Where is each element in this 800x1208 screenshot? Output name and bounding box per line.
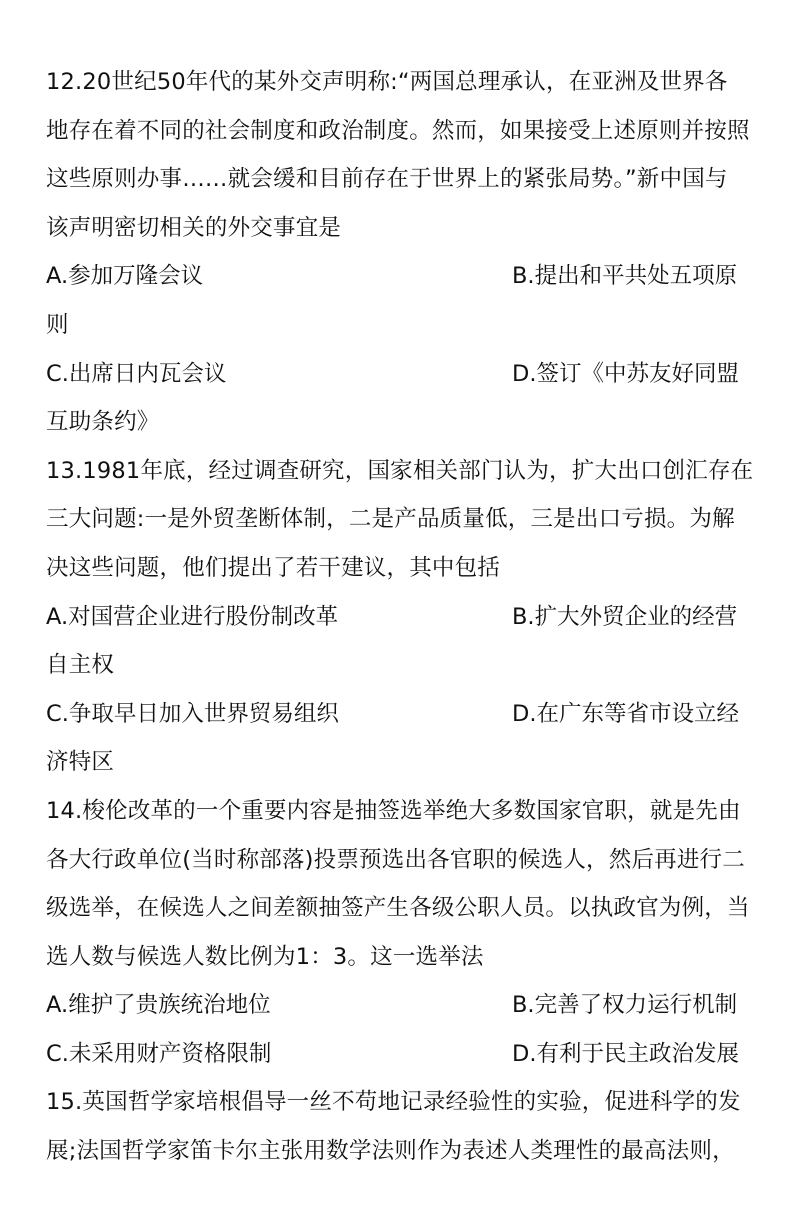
question-stem-line: 选人数与候选人数比例为1：3。这一选举法: [46, 933, 766, 982]
option-b: B.提出和平共处五项原: [512, 252, 737, 301]
option-row: A.参加万隆会议 B.提出和平共处五项原: [46, 252, 766, 301]
option-a: A.参加万隆会议: [46, 252, 203, 301]
option-d: D.在广东等省市设立经: [512, 690, 739, 739]
option-b-wrap: 自主权: [46, 641, 766, 690]
option-b: B.完善了权力运行机制: [512, 981, 737, 1030]
option-a: A.维护了贵族统治地位: [46, 981, 271, 1030]
option-c: C.未采用财产资格限制: [46, 1030, 271, 1079]
option-b: B.扩大外贸企业的经营: [512, 593, 737, 642]
question-stem-line: 展;法国哲学家笛卡尔主张用数学法则作为表述人类理性的最高法则，: [46, 1127, 766, 1176]
exam-page: 12.20世纪50年代的某外交声明称:“两国总理承认，在亚洲及世界各 地存在着不…: [46, 58, 766, 1176]
option-row: A.对国营企业进行股份制改革 B.扩大外贸企业的经营: [46, 593, 766, 642]
question-12: 12.20世纪50年代的某外交声明称:“两国总理承认，在亚洲及世界各 地存在着不…: [46, 58, 766, 447]
question-stem-line: 三大问题:一是外贸垄断体制，二是产品质量低，三是出口亏损。为解: [46, 495, 766, 544]
question-stem-line: 15.英国哲学家培根倡导一丝不苟地记录经验性的实验，促进科学的发: [46, 1078, 766, 1127]
option-d: D.签订《中苏友好同盟: [512, 350, 739, 399]
option-d: D.有利于民主政治发展: [512, 1030, 739, 1079]
question-stem-line: 12.20世纪50年代的某外交声明称:“两国总理承认，在亚洲及世界各: [46, 58, 766, 107]
question-stem-line: 各大行政单位(当时称部落)投票预选出各官职的候选人，然后再进行二: [46, 836, 766, 885]
question-stem-line: 这些原则办事……就会缓和目前存在于世界上的紧张局势。”新中国与: [46, 155, 766, 204]
question-stem-line: 决这些问题，他们提出了若干建议，其中包括: [46, 544, 766, 593]
option-row: C.未采用财产资格限制 D.有利于民主政治发展: [46, 1030, 766, 1079]
option-c: C.出席日内瓦会议: [46, 350, 226, 399]
question-14: 14.梭伦改革的一个重要内容是抽签选举绝大多数国家官职，就是先由 各大行政单位(…: [46, 787, 766, 1079]
option-row: C.出席日内瓦会议 D.签订《中苏友好同盟: [46, 350, 766, 399]
question-stem-line: 地存在着不同的社会制度和政治制度。然而，如果接受上述原则并按照: [46, 107, 766, 156]
option-row: C.争取早日加入世界贸易组织 D.在广东等省市设立经: [46, 690, 766, 739]
option-row: A.维护了贵族统治地位 B.完善了权力运行机制: [46, 981, 766, 1030]
question-stem-line: 14.梭伦改革的一个重要内容是抽签选举绝大多数国家官职，就是先由: [46, 787, 766, 836]
question-stem-line: 该声明密切相关的外交事宜是: [46, 204, 766, 253]
option-b-wrap: 则: [46, 301, 766, 350]
question-stem-line: 13.1981年底，经过调查研究，国家相关部门认为，扩大出口创汇存在: [46, 447, 766, 496]
option-d-wrap: 济特区: [46, 738, 766, 787]
question-13: 13.1981年底，经过调查研究，国家相关部门认为，扩大出口创汇存在 三大问题:…: [46, 447, 766, 787]
option-d-wrap: 互助条约》: [46, 398, 766, 447]
question-stem-line: 级选举，在候选人之间差额抽签产生各级公职人员。以执政官为例，当: [46, 884, 766, 933]
option-a: A.对国营企业进行股份制改革: [46, 593, 338, 642]
option-c: C.争取早日加入世界贸易组织: [46, 690, 339, 739]
question-15: 15.英国哲学家培根倡导一丝不苟地记录经验性的实验，促进科学的发 展;法国哲学家…: [46, 1078, 766, 1175]
